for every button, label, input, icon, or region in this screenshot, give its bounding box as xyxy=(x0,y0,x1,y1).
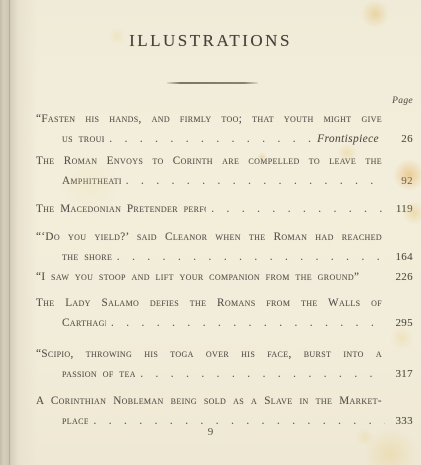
frontispiece-label: Frontispiece xyxy=(317,129,379,149)
entry-caption-text: us trouble” xyxy=(62,129,104,149)
entry-page-number: 164 xyxy=(385,247,413,267)
illustration-entry: “Scipio, throwing his toga over his face… xyxy=(36,344,413,384)
binding-gutter-shadow xyxy=(0,0,40,465)
entry-page-number: 317 xyxy=(385,364,413,384)
illustrations-list: “Fasten his hands, and firmly too; that … xyxy=(36,109,413,431)
page-title: ILLUSTRATIONS xyxy=(0,31,421,51)
illustration-entry: A Corinthian Nobleman being sold as a Sl… xyxy=(36,391,413,431)
illustration-entry: The Macedonian Pretender performs the Py… xyxy=(36,199,413,219)
title-rule xyxy=(167,82,258,84)
illustration-entry: The Roman Envoys to Corinth are compelle… xyxy=(36,151,413,191)
illustrations-list-container: Page “Fasten his hands, and firmly too; … xyxy=(36,95,413,431)
entry-page-number: 92 xyxy=(385,171,413,191)
folio-page-number: 9 xyxy=(0,426,421,438)
dot-leader: . . . . . . . . . . . . . . . . . . . . xyxy=(121,171,385,191)
dot-leader: . . . . . . . . . . . . . . . . . . . . xyxy=(112,247,385,267)
entry-caption-line-1: “‘Do you yield?’ said Cleanor when the R… xyxy=(36,227,382,247)
entry-caption-line-1: The Lady Salamo defies the Romans from t… xyxy=(36,293,382,313)
entry-caption-text: “I saw you stoop and lift your companion… xyxy=(36,267,359,287)
binding-crease-line xyxy=(9,0,10,465)
illustration-entry: The Lady Salamo defies the Romans from t… xyxy=(36,293,413,333)
entry-caption-line-last: passion of tears”. . . . . . . . . . . .… xyxy=(36,364,413,384)
entry-page-number: 226 xyxy=(385,267,413,287)
entry-page-number: 295 xyxy=(385,313,413,333)
entry-caption-line-last: The Macedonian Pretender performs the Py… xyxy=(36,199,413,219)
entry-caption-line-1: “Scipio, throwing his toga over his face… xyxy=(36,344,382,364)
illustration-entry: “‘Do you yield?’ said Cleanor when the R… xyxy=(36,227,413,267)
entry-caption-line-1: “Fasten his hands, and firmly too; that … xyxy=(36,109,382,129)
entry-caption-line-last: us trouble”. . . . . . . . . . . . . . .… xyxy=(36,129,413,149)
entry-caption-line-1: A Corinthian Nobleman being sold as a Sl… xyxy=(36,391,382,411)
entry-caption-line-1: The Roman Envoys to Corinth are compelle… xyxy=(36,151,382,171)
entry-caption-line-last: “I saw you stoop and lift your companion… xyxy=(36,267,413,287)
entry-page-number: 26 xyxy=(385,129,413,149)
entry-caption-line-last: Amphitheatre. . . . . . . . . . . . . . … xyxy=(36,171,413,191)
entry-caption-text: passion of tears” xyxy=(62,364,135,384)
page-column-header: Page xyxy=(36,95,413,108)
dot-leader: . . . . . . . . . . . . . . . . . . . . xyxy=(206,199,385,219)
illustration-entry: “Fasten his hands, and firmly too; that … xyxy=(36,109,413,149)
entry-caption-text: The Macedonian Pretender performs the Py… xyxy=(36,199,206,219)
entry-caption-text: Carthage xyxy=(62,313,106,333)
illustration-entry: “I saw you stoop and lift your companion… xyxy=(36,267,413,287)
entry-caption-line-last: the shore”. . . . . . . . . . . . . . . … xyxy=(36,247,413,267)
entry-caption-text: the shore” xyxy=(62,247,112,267)
dot-leader: . . . . . . . . . . . . . . . . . . . . xyxy=(106,313,385,333)
entry-caption-text: Amphitheatre xyxy=(62,171,121,191)
entry-page-number: 119 xyxy=(385,199,413,219)
dot-leader: . . . . . . . . . . . . . . . . . . . . xyxy=(104,129,317,149)
dot-leader: . . . . . . . . . . . . . . . . . . . . xyxy=(135,364,385,384)
book-page: ILLUSTRATIONS Page “Fasten his hands, an… xyxy=(0,0,421,465)
entry-caption-line-last: Carthage. . . . . . . . . . . . . . . . … xyxy=(36,313,413,333)
